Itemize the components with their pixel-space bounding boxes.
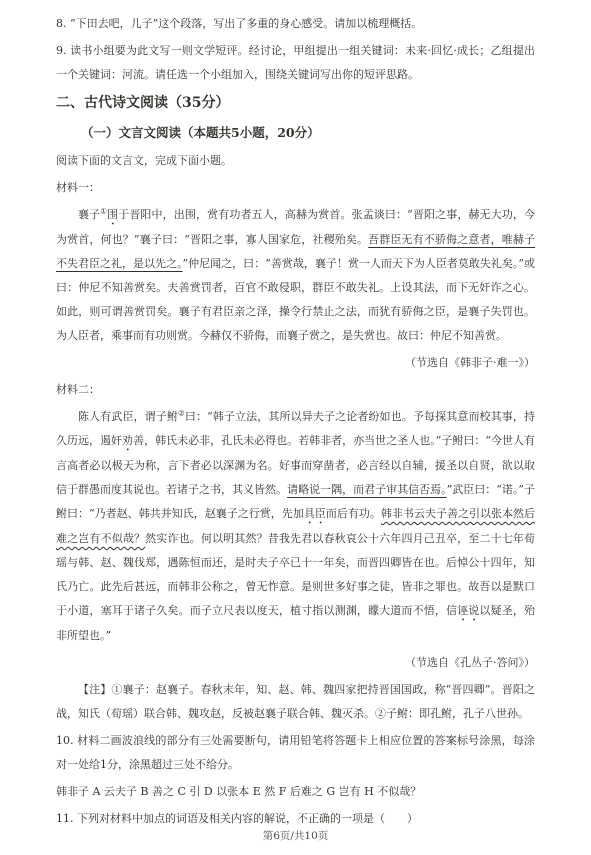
- question-9: 9. 读书小组要为此文写一则文学短评。经讨论，甲组提出一组关键词：未来·回忆·成…: [56, 39, 535, 87]
- dotted-term-juchen: 具臣: [304, 507, 326, 520]
- material2-text-run: 而后有功。: [326, 507, 381, 520]
- dotted-term-wei: 围: [107, 208, 118, 221]
- underlined-sentence-2: 请略说一隅，而君子审其信否焉。: [287, 483, 447, 496]
- material2-paragraph: 陈人有武臣，谓子鲋②曰：“韩子立法，其所以异夫子之论者纷如也。予每探其意而校其事…: [56, 405, 535, 648]
- page-content: 8. “下田去吧，儿子”这个段落，写出了多重的身心感受。请加以梳理概括。 9. …: [0, 0, 591, 831]
- page-number: 第6页/共10页: [0, 828, 591, 843]
- question-10-segmentation-line: 韩非子 A 云夫子 B 善之 C 引 D 以张本 E 然 F 后难之 G 岂有 …: [56, 780, 535, 804]
- exam-page: 8. “下田去吧，儿子”这个段落，写出了多重的身心感受。请加以梳理概括。 9. …: [0, 0, 591, 855]
- question-8: 8. “下田去吧，儿子”这个段落，写出了多重的身心感受。请加以梳理概括。: [56, 12, 535, 36]
- material2-source: （节选自《孔丛子·答问》）: [56, 651, 535, 675]
- section-title: 二、古代诗文阅读（35分）: [56, 90, 535, 116]
- material2-label: 材料二：: [56, 378, 535, 402]
- subsection-title: （一）文言文阅读（本题共5小题，20分）: [56, 120, 535, 145]
- question-10: 10. 材料二画波浪线的部分有三处需要断句，请用铅笔将答题卡上相应位置的答案标号…: [56, 729, 535, 777]
- material1-paragraph: 襄子①围于晋阳中，出围，赏有功者五人，高赫为赏首。张孟谈曰：“晋阳之事，赫无大功…: [56, 203, 535, 348]
- dotted-term-wushuo: 诬说: [457, 604, 479, 617]
- material1-text-run: 襄子: [78, 208, 100, 221]
- material2-text-run: 陈人有武臣，谓子鲋: [78, 410, 178, 423]
- footnote-annotations: 【注】①襄子：赵襄子。春秋末年，知、赵、韩、魏四家把持晋国国政，称“晋四卿”。晋…: [56, 678, 535, 726]
- footnote-ref-2: ②: [178, 408, 185, 417]
- reading-instruction: 阅读下面的文言文，完成下面小题。: [56, 149, 535, 173]
- material1-label: 材料一：: [56, 176, 535, 200]
- material1-source: （节选自《韩非子·难一》）: [56, 351, 535, 375]
- dotted-term-quan: 劝: [122, 434, 133, 447]
